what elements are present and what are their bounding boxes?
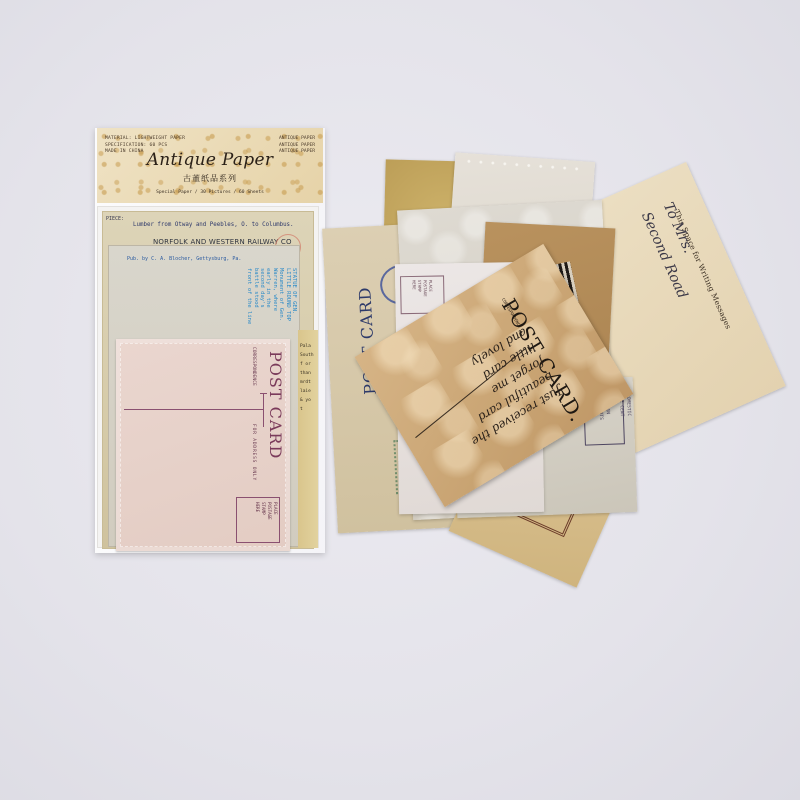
railway-line-2: NORFOLK AND WESTERN RAILWAY CO	[153, 238, 292, 246]
package-title-chinese: 古董纸品系列	[97, 173, 323, 184]
divider-line-vertical	[263, 393, 264, 427]
pink-white-stamp-text: PLACE POSTAGE STAMP HERE	[411, 280, 433, 297]
package-subtitle: Special Paper / 30 Pictures / 60 Sheets	[97, 190, 323, 195]
correspondence-label: CORRESPONDENCE	[251, 347, 256, 386]
pink-postcard: CORRESPONDENCE FOR ADDRESS ONLY POST CAR…	[116, 339, 290, 551]
railway-corner-label: PIECE:	[106, 216, 124, 222]
package-title: Antique Paper	[97, 150, 323, 170]
yellow-strip-text: Pala South f or than mrdt laie & yo t	[300, 342, 314, 414]
publisher-text: Pub. by C. A. Blocher, Gettysburg, Pa.	[127, 256, 241, 262]
stamp-box: PLACE POSTAGE STAMP HERE	[236, 497, 280, 543]
blue-caption-text: STATUE OF GEN. LITTLE ROUND TOP Monument…	[246, 268, 297, 324]
stamp-box-text: PLACE POSTAGE STAMP HERE	[254, 502, 278, 520]
postcard-title: POST CARD	[266, 351, 285, 459]
package-header-card: MATERIAL: LIGHTWEIGHT PAPER SPECIFICATIO…	[97, 128, 323, 203]
embossed-dots	[463, 159, 587, 172]
address-label: FOR ADDRESS ONLY	[251, 424, 256, 481]
divider-line	[124, 409, 264, 410]
message-handwriting: To Mrs. Second Road	[634, 198, 716, 302]
yellow-paper-strip: Pala South f or than mrdt laie & yo t	[298, 330, 318, 548]
railway-line-1: Lumber from Otway and Peebles, O. to Col…	[133, 222, 294, 228]
